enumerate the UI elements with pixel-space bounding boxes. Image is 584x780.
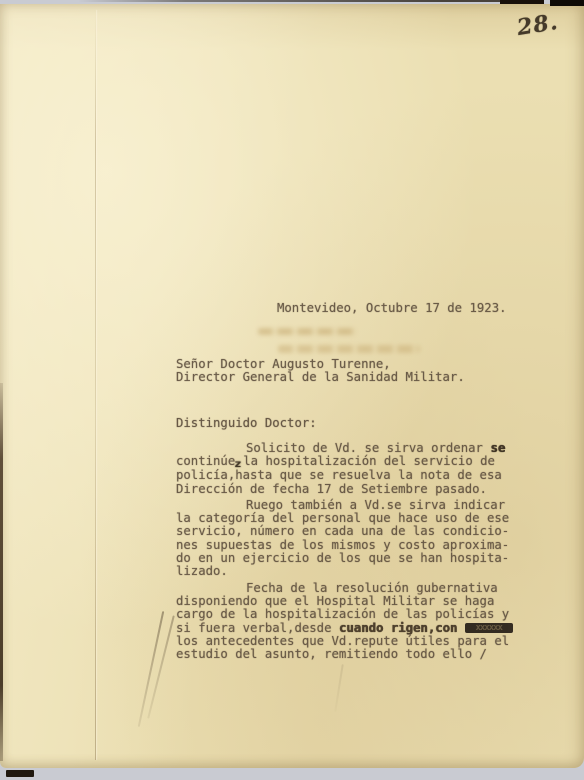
letter-line: si fuera verbal,desde cuando rigen,con x… [176,622,513,635]
recipient-title: Director General de la Sanidad Militar. [176,371,465,384]
scanned-letter-page: 28. Montevideo, Octubre 17 de 1923. Seño… [0,0,584,780]
dateline: Montevideo, Octubre 17 de 1923. [277,302,507,315]
letter-line-text: Solicito de Vd. se sirva ordenar [246,441,490,455]
salutation: Distinguido Doctor: [176,417,317,430]
letter-line: nes supuestas de los mismos y costo apro… [176,539,509,552]
letter-line: Dirección de fecha 17 de Setiembre pasad… [176,483,505,496]
letter-line-text: la hospitalización del servicio de [243,454,495,468]
letter-line: estudio del asunto, remitiendo todo ello… [176,648,513,661]
paragraph-1: Solicito de Vd. se sirva ordenar se cont… [176,442,505,496]
paragraph-3: Fecha de la resolución gubernativa dispo… [176,582,513,661]
letter-line: servicio, número en cada una de las cond… [176,525,509,538]
paragraph-2: Ruego también a Vd.se sirva indicar la c… [176,499,509,578]
redacted-text: xxxxxx [465,623,513,633]
letter-line-text: si fuera verbal,desde [176,621,339,635]
overstruck-text: se [490,441,505,455]
retyped-text: cuando rigen,con [339,621,465,635]
letter-line: policía,hasta que se resuelva la nota de… [176,469,505,482]
letter-line-text: continúe [176,454,235,468]
typewritten-letter: Montevideo, Octubre 17 de 1923. Señor Do… [0,0,584,780]
letter-line: lizado. [176,565,509,578]
recipient-address: Señor Doctor Augusto Turenne, Director G… [176,358,465,384]
